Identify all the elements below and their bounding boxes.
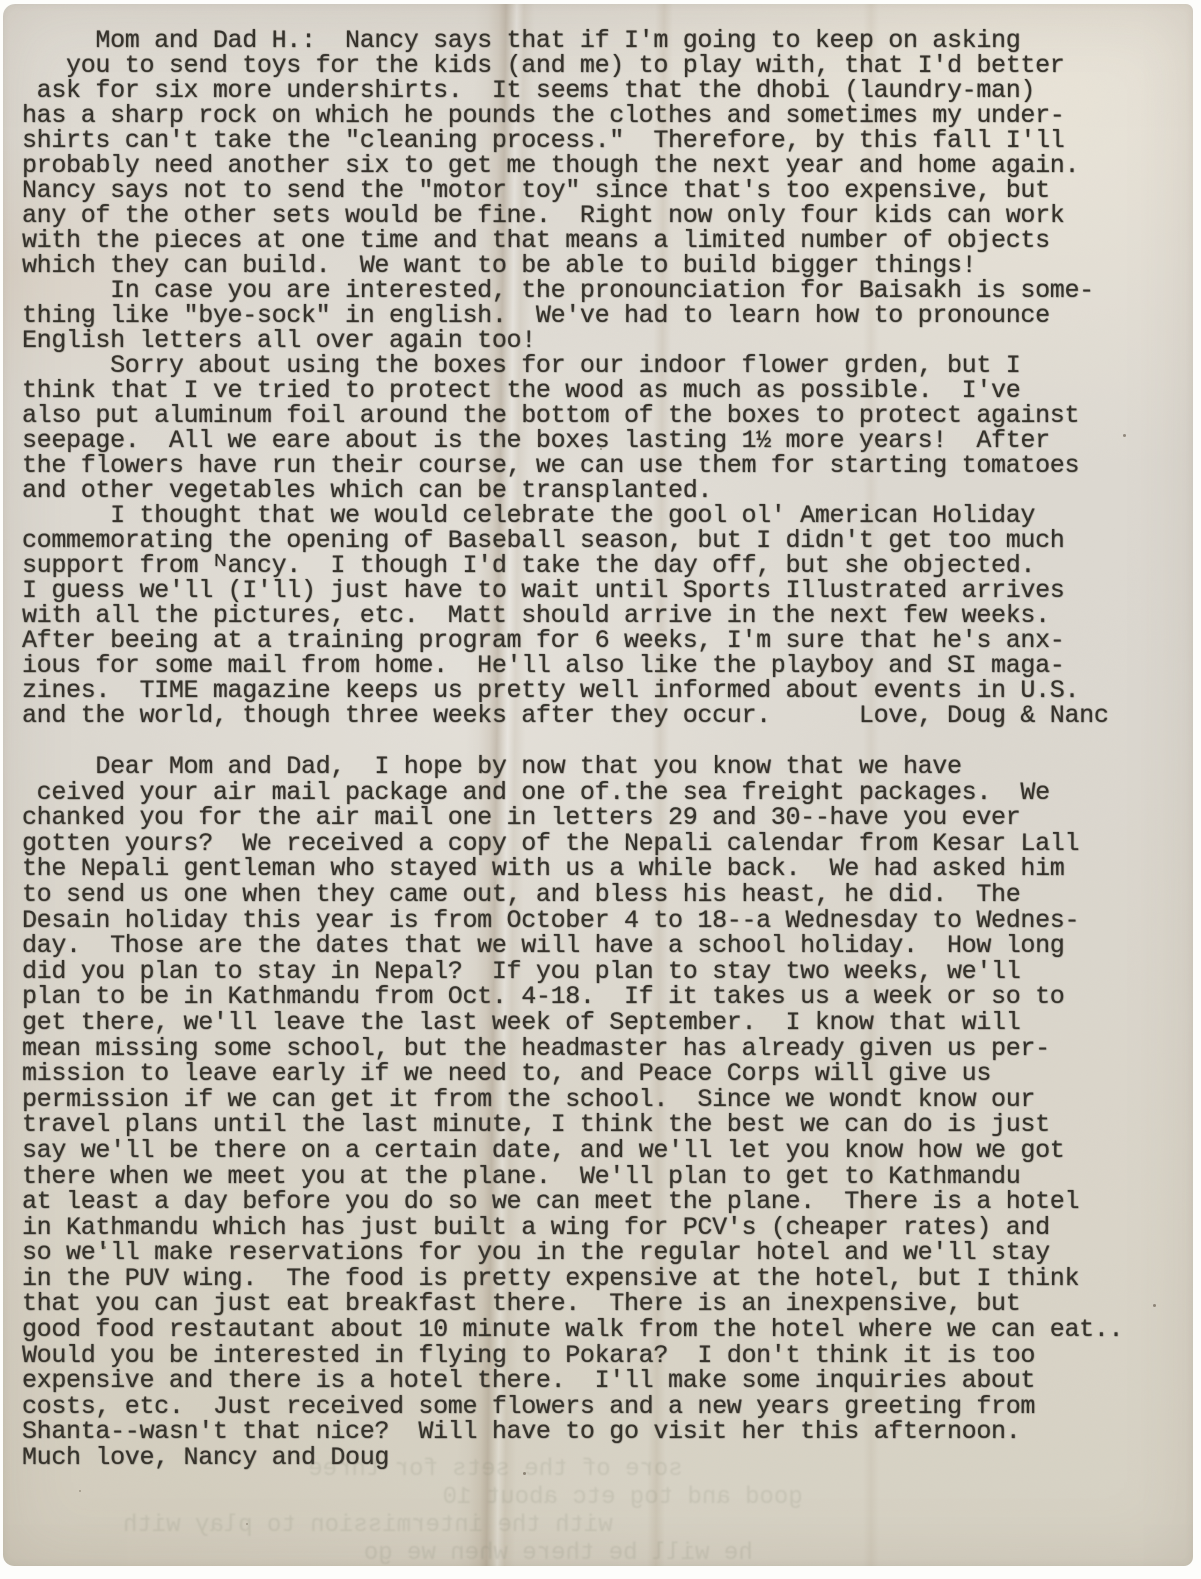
letter-line: seepage. All we eare about is the boxes … [22, 428, 1109, 453]
letter-line: expensive and there is a hotel there. I'… [22, 1368, 1123, 1394]
letter-line: permission if we can get it from the sch… [22, 1087, 1123, 1113]
letter-line: ceived your air mail package and one of.… [22, 780, 1123, 806]
letter-line: I thought that we would celebrate the go… [22, 503, 1109, 528]
bleed-through-text: sore of the sets for threegood and tog e… [123, 1456, 843, 1566]
letter-line: Desain holiday this year is from October… [22, 908, 1123, 934]
paper-speck [1153, 1304, 1156, 1307]
letter-line: support from ᴺancy. I though I'd take th… [22, 553, 1109, 578]
letter-line: commemorating the opening of Baseball se… [22, 528, 1109, 553]
letter-line: and the world, though three weeks after … [22, 703, 1109, 728]
letter-line: travel plans until the last minute, I th… [22, 1112, 1123, 1138]
letter-line: In case you are interested, the pronounc… [22, 278, 1109, 303]
letter-line: ious for some mail from home. He'll also… [22, 653, 1109, 678]
letter-line: mean missing some school, but the headma… [22, 1036, 1123, 1062]
letter-line: Much love, Nancy and Doug [22, 1445, 1123, 1471]
letter-line: did you plan to stay in Nepal? If you pl… [22, 959, 1123, 985]
letter-line: ask for six more undershirts. It seems t… [22, 78, 1109, 103]
letter-line: Nancy says not to send the "motor toy" s… [22, 178, 1109, 203]
letter-line: say we'll be there on a certain date, an… [22, 1138, 1123, 1164]
paper-speck [103, 1246, 106, 1249]
letter-line: I guess we'll (I'll) just have to wait u… [22, 578, 1109, 603]
letter-line: also put aluminum foil around the bottom… [22, 403, 1109, 428]
paper-speck [79, 1490, 81, 1492]
letter-line: thing like "bye-sock" in english. We've … [22, 303, 1109, 328]
letter-line: which they can build. We want to be able… [22, 253, 1109, 278]
letter-line: that you can just eat breakfast there. T… [22, 1291, 1123, 1317]
letter-line: mission to leave early if we need to, an… [22, 1061, 1123, 1087]
letter-line: plan to be in Kathmandu from Oct. 4-18. … [22, 984, 1123, 1010]
letter-paper: sore of the sets for threegood and tog e… [3, 4, 1193, 1566]
letter-line: Sorry about using the boxes for our indo… [22, 353, 1109, 378]
paper-speck [523, 1472, 526, 1475]
letter-line: After beeing at a training program for 6… [22, 628, 1109, 653]
letter-line: think that I ve tried to protect the woo… [22, 378, 1109, 403]
paper-speck [246, 1523, 248, 1525]
letter-line: and other vegetables which can be transp… [22, 478, 1109, 503]
bleed-line: good and tog etc about 10 [123, 1484, 803, 1512]
letter-line: with all the pictures, etc. Matt should … [22, 603, 1109, 628]
paper-speck [875, 296, 877, 298]
letter-line: get there, we'll leave the last week of … [22, 1010, 1123, 1036]
letter-line: you to send toys for the kids (and me) t… [22, 53, 1109, 78]
bleed-line: with the intermission to play with [123, 1512, 613, 1540]
scanned-letter: sore of the sets for threegood and tog e… [0, 0, 1201, 1579]
letter-line: at least a day before you do so we can m… [22, 1189, 1123, 1215]
letter-line: day. Those are the dates that we will ha… [22, 933, 1123, 959]
letter-2-text: Dear Mom and Dad, I hope by now that you… [22, 754, 1123, 1471]
letter-line: there when we meet you at the plane. We'… [22, 1164, 1123, 1190]
letter-line: Would you be interested in flying to Pok… [22, 1343, 1123, 1369]
letter-line: good food restautant about 10 minute wal… [22, 1317, 1123, 1343]
letter-line: to send us one when they came out, and b… [22, 882, 1123, 908]
letter-line: English letters all over again too! [22, 328, 1109, 353]
letter-line: Shanta--wasn't that nice? Will have to g… [22, 1419, 1123, 1445]
letter-line: zines. TIME magazine keeps us pretty wel… [22, 678, 1109, 703]
letter-1-text: Mom and Dad H.: Nancy says that if I'm g… [22, 28, 1109, 728]
letter-line: the flowers have run their course, we ca… [22, 453, 1109, 478]
letter-line: in the PUV wing. The food is pretty expe… [22, 1266, 1123, 1292]
letter-line: costs, etc. Just received some flowers a… [22, 1394, 1123, 1420]
letter-line: in Kathmandu which has just built a wing… [22, 1215, 1123, 1241]
letter-line: shirts can't take the "cleaning process.… [22, 128, 1109, 153]
letter-line: probably need another six to get me thou… [22, 153, 1109, 178]
bleed-line: he will be there when we go [123, 1540, 753, 1566]
letter-line: Mom and Dad H.: Nancy says that if I'm g… [22, 28, 1109, 53]
letter-line: chanked you for the air mail one in lett… [22, 805, 1123, 831]
letter-line: has a sharp rock on which he pounds the … [22, 103, 1109, 128]
letter-line: Dear Mom and Dad, I hope by now that you… [22, 754, 1123, 780]
letter-line: so we'll make reservations for you in th… [22, 1240, 1123, 1266]
letter-line: the Nepali gentleman who stayed with us … [22, 856, 1123, 882]
paper-speck [1123, 434, 1126, 437]
paper-speck [600, 448, 602, 450]
letter-line: any of the other sets would be fine. Rig… [22, 203, 1109, 228]
letter-line: gotten yours? We received a copy of the … [22, 831, 1123, 857]
letter-line: with the pieces at one time and that mea… [22, 228, 1109, 253]
